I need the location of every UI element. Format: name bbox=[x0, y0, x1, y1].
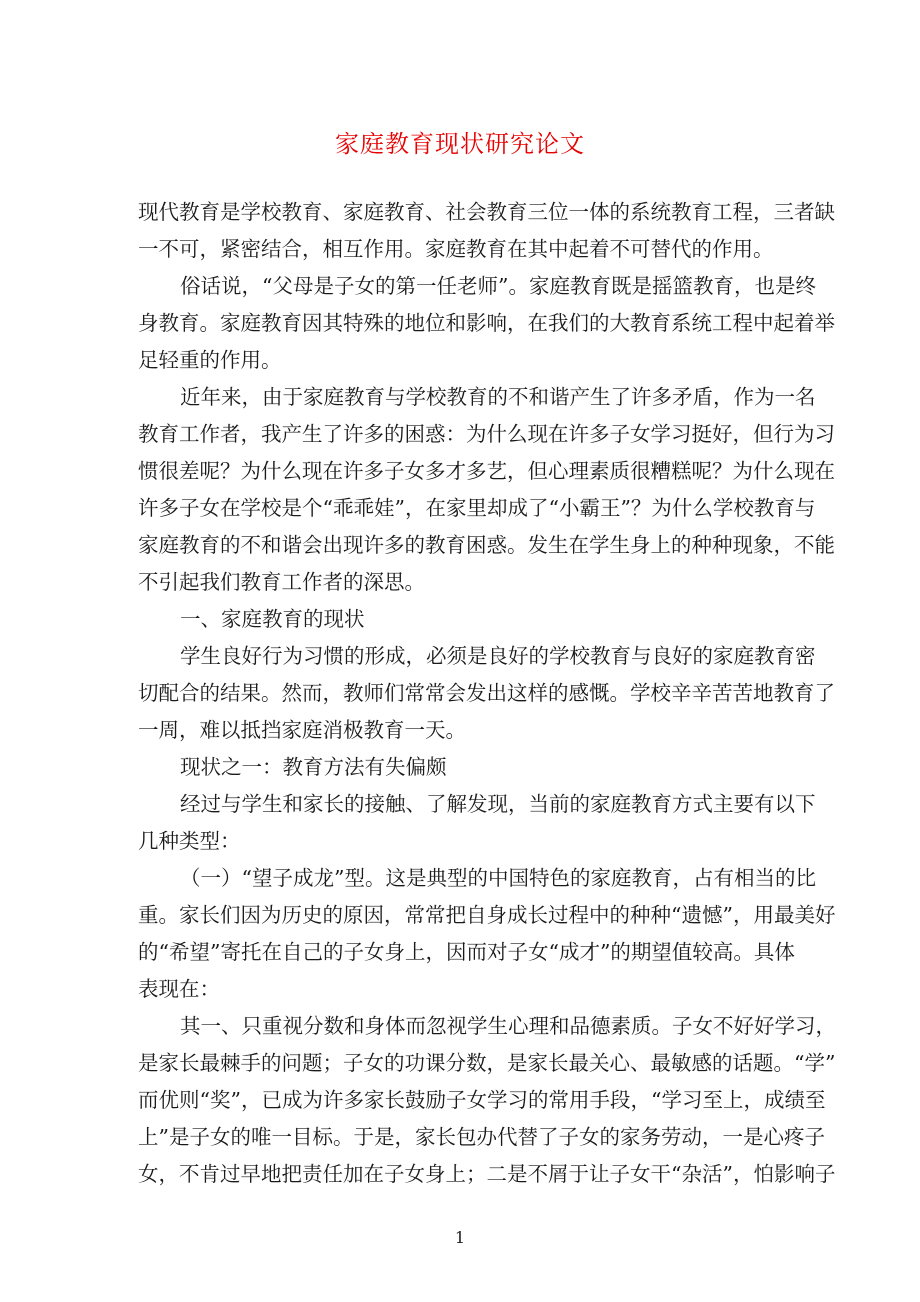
text-line: 的“希望”寄托在自己的子女身上，因而对子女“成才”的期望值较高。具体 bbox=[138, 934, 788, 971]
subsection-heading: 现状之一：教育方法有失偏颇 bbox=[138, 749, 788, 786]
page-number: 1 bbox=[0, 1228, 920, 1248]
text-line: 许多子女在学校是个“乖乖娃”，在家里却成了“小霸王”？为什么学校教育与 bbox=[138, 490, 788, 527]
section-heading: 一、家庭教育的现状 bbox=[138, 601, 788, 638]
document-page: 家庭教育现状研究论文 现代教育是学校教育、家庭教育、社会教育三位一体的系统教育工… bbox=[0, 0, 920, 1302]
text-line: 切配合的结果。然而，教师们常常会发出这样的感慨。学校辛辛苦苦地教育了 bbox=[138, 675, 788, 712]
text-line: 上”是子女的唯一目标。于是，家长包办代替了子女的家务劳动，一是心疼子 bbox=[138, 1119, 788, 1156]
text-line: 不引起我们教育工作者的深思。 bbox=[138, 564, 788, 601]
text-line: 惯很差呢？为什么现在许多子女多才多艺，但心理素质很糟糕呢？为什么现在 bbox=[138, 453, 788, 490]
text-line: 学生良好行为习惯的形成，必须是良好的学校教育与良好的家庭教育密 bbox=[138, 638, 788, 675]
text-line: 家庭教育的不和谐会出现许多的教育困惑。发生在学生身上的种种现象，不能 bbox=[138, 527, 788, 564]
text-line: 重。家长们因为历史的原因，常常把自身成长过程中的种种“遗憾”，用最美好 bbox=[138, 897, 788, 934]
text-line: （一）“望子成龙”型。这是典型的中国特色的家庭教育，占有相当的比 bbox=[138, 860, 788, 897]
text-line: 其一、只重视分数和身体而忽视学生心理和品德素质。子女不好好学习， bbox=[138, 1008, 788, 1045]
text-line: 而优则“奖”，已成为许多家长鼓励子女学习的常用手段，“学习至上，成绩至 bbox=[138, 1082, 788, 1119]
text-line: 一周，难以抵挡家庭消极教育一天。 bbox=[138, 712, 788, 749]
text-line: 近年来，由于家庭教育与学校教育的不和谐产生了许多矛盾，作为一名 bbox=[138, 379, 788, 416]
text-line: 现代教育是学校教育、家庭教育、社会教育三位一体的系统教育工程，三者缺 bbox=[138, 194, 788, 231]
document-body: 现代教育是学校教育、家庭教育、社会教育三位一体的系统教育工程，三者缺 一不可，紧… bbox=[138, 194, 788, 1193]
text-line: 女，不肯过早地把责任加在子女身上；二是不屑于让子女干“杂活”，怕影响子 bbox=[138, 1156, 788, 1193]
text-line: 几种类型： bbox=[138, 823, 788, 860]
text-line: 足轻重的作用。 bbox=[138, 342, 788, 379]
text-line: 教育工作者，我产生了许多的困惑：为什么现在许多子女学习挺好，但行为习 bbox=[138, 416, 788, 453]
text-line: 一不可，紧密结合，相互作用。家庭教育在其中起着不可替代的作用。 bbox=[138, 231, 788, 268]
text-line: 身教育。家庭教育因其特殊的地位和影响，在我们的大教育系统工程中起着举 bbox=[138, 305, 788, 342]
text-line: 经过与学生和家长的接触、了解发现，当前的家庭教育方式主要有以下 bbox=[138, 786, 788, 823]
text-line: 俗话说，“父母是子女的第一任老师”。家庭教育既是摇篮教育，也是终 bbox=[138, 268, 788, 305]
document-title: 家庭教育现状研究论文 bbox=[0, 126, 920, 162]
text-line: 是家长最棘手的问题；子女的功课分数，是家长最关心、最敏感的话题。“学” bbox=[138, 1045, 788, 1082]
text-line: 表现在： bbox=[138, 971, 788, 1008]
